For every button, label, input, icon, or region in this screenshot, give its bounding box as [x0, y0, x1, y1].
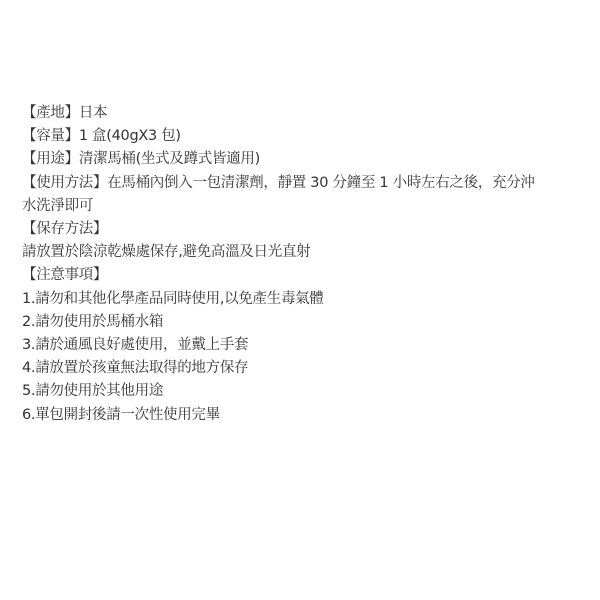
- note-item-text: 6.單包開封後請一次性使用完畢: [22, 407, 220, 423]
- directions-label: 【使用方法】: [22, 175, 107, 191]
- origin-value: 日本: [79, 105, 107, 121]
- usage-row: 【用途】清潔馬桶(坐式及蹲式皆適用): [22, 148, 587, 171]
- note-item: 1.請勿和其他化學產品同時使用,以免產生毒氣體: [22, 288, 587, 311]
- storage-value: 請放置於陰涼乾燥處保存,避免高溫及日光直射: [22, 244, 310, 260]
- note-item: 3.請於通風良好處使用，並戴上手套: [22, 334, 587, 357]
- origin-row: 【產地】日本: [22, 102, 587, 125]
- note-item-text: 2.請勿使用於馬桶水箱: [22, 314, 163, 330]
- note-item: 2.請勿使用於馬桶水箱: [22, 311, 587, 334]
- notes-label: 【注意事項】: [22, 267, 107, 283]
- note-item-text: 1.請勿和其他化學產品同時使用,以免產生毒氣體: [22, 291, 324, 307]
- capacity-row: 【容量】1 盒(40gX3 包): [22, 125, 587, 148]
- notes-heading: 【注意事項】: [22, 264, 587, 287]
- note-item-text: 4.請放置於孩童無法取得的地方保存: [22, 360, 248, 376]
- directions-value-line1: 在馬桶內倒入一包清潔劑，靜置 30 分鐘至 1 小時左右之後，充分沖: [107, 175, 534, 191]
- note-item: 4.請放置於孩童無法取得的地方保存: [22, 357, 587, 380]
- note-item-text: 5.請勿使用於其他用途: [22, 383, 163, 399]
- capacity-value: 1 盒(40gX3 包): [79, 128, 181, 144]
- usage-value: 清潔馬桶(坐式及蹲式皆適用): [79, 151, 260, 167]
- directions-row: 【使用方法】在馬桶內倒入一包清潔劑，靜置 30 分鐘至 1 小時左右之後，充分沖: [22, 172, 587, 195]
- storage-heading: 【保存方法】: [22, 218, 587, 241]
- note-item: 6.單包開封後請一次性使用完畢: [22, 404, 587, 427]
- capacity-label: 【容量】: [22, 128, 79, 144]
- origin-label: 【產地】: [22, 105, 79, 121]
- directions-value-line2: 水洗淨即可: [22, 198, 93, 214]
- storage-row: 請放置於陰涼乾燥處保存,避免高溫及日光直射: [22, 241, 587, 264]
- usage-label: 【用途】: [22, 151, 79, 167]
- storage-label: 【保存方法】: [22, 221, 107, 237]
- directions-row-continued: 水洗淨即可: [22, 195, 587, 218]
- product-description: 【產地】日本 【容量】1 盒(40gX3 包) 【用途】清潔馬桶(坐式及蹲式皆適…: [22, 102, 587, 427]
- note-item-text: 3.請於通風良好處使用，並戴上手套: [22, 337, 248, 353]
- note-item: 5.請勿使用於其他用途: [22, 380, 587, 403]
